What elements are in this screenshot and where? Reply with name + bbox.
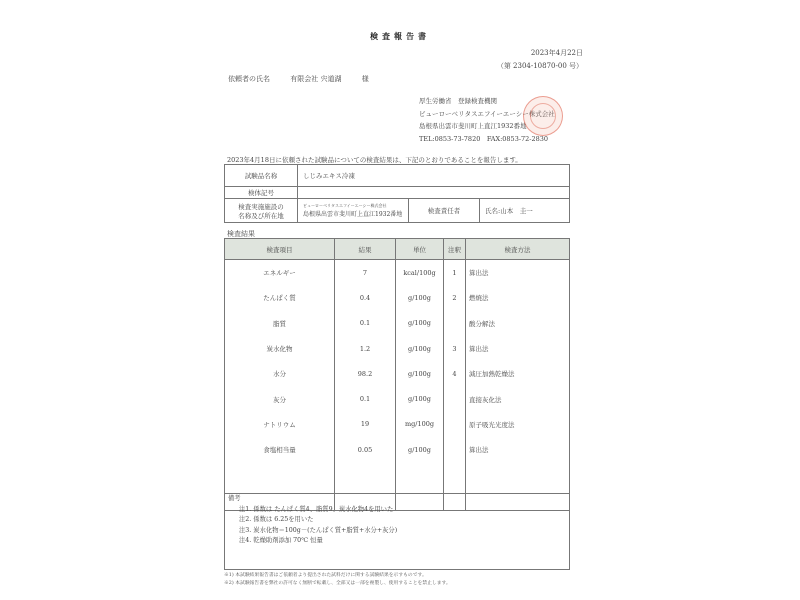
cell-item: 食塩相当量 <box>225 437 335 462</box>
sample-id-value <box>298 187 570 199</box>
col-header-result: 結果 <box>335 239 396 260</box>
cell-value: 7 <box>335 260 396 286</box>
cell-method: 燃焼法 <box>466 285 570 310</box>
footer-note-1: ※1) 本試験結果報告書はご依頼者より提出された試料だけに関する試験結果を示すも… <box>224 572 451 580</box>
facility-label-line1: 検査実施施設の <box>230 202 292 211</box>
cell-item: 炭水化物 <box>225 336 335 361</box>
inspector-name: 氏名:山本 圭一 <box>480 199 570 223</box>
col-header-note: 注釈 <box>444 239 466 260</box>
cell-item: 水分 <box>225 361 335 386</box>
cell-method: 酸分解法 <box>466 311 570 336</box>
sample-name-label: 試験品名称 <box>225 165 298 187</box>
col-header-method: 検査方法 <box>466 239 570 260</box>
cell-value: 19 <box>335 412 396 437</box>
report-title: 検査報告書 <box>0 31 800 42</box>
cell-method: 算出法 <box>466 260 570 286</box>
cell-note <box>444 437 466 462</box>
cell-method: 直接灰化法 <box>466 386 570 411</box>
facility-name: ビューローベリタスエフイーエーシー株式会社 <box>303 203 403 209</box>
empty-cell <box>396 462 444 486</box>
results-table: 検査項目 結果 単位 注釈 検査方法 エネルギー7kcal/100g1算出法たん… <box>224 238 570 511</box>
cell-value: 0.05 <box>335 437 396 462</box>
report-number: （第 2304-10870-00 号） <box>497 61 583 71</box>
facility-address: 島根県出雲市斐川町上直江1932番地 <box>303 211 402 218</box>
table-row: 炭水化物1.2g/100g3算出法 <box>225 336 570 361</box>
remarks-box: 備考 注1. 係数は たんぱく質4、脂質9、炭水化物4を用いた 注2. 係数は … <box>224 493 570 570</box>
cell-unit: mg/100g <box>396 412 444 437</box>
cell-value: 0.1 <box>335 311 396 336</box>
empty-row <box>225 462 570 486</box>
cell-item: 灰分 <box>225 386 335 411</box>
cell-note: 2 <box>444 285 466 310</box>
cell-value: 1.2 <box>335 336 396 361</box>
empty-cell <box>444 462 466 486</box>
cell-unit: g/100g <box>396 361 444 386</box>
cell-note <box>444 311 466 336</box>
cell-method: 減圧加熱乾燥法 <box>466 361 570 386</box>
table-row: 食塩相当量0.05g/100g算出法 <box>225 437 570 462</box>
client-suffix: 様 <box>362 75 369 83</box>
cell-value: 0.1 <box>335 386 396 411</box>
cell-method: 算出法 <box>466 336 570 361</box>
footer-note-2: ※2) 本試験報告書を弊社の許可なく無断で転載し、全部又は一部を複製し、使用する… <box>224 580 451 588</box>
client-line: 依頼者の氏名 有限会社 宍道湖 様 <box>228 74 387 84</box>
footer-notes: ※1) 本試験結果報告書はご依頼者より提出された試料だけに関する試験結果を示すも… <box>224 572 451 588</box>
table-row: エネルギー7kcal/100g1算出法 <box>225 260 570 286</box>
cell-item: エネルギー <box>225 260 335 286</box>
table-row: 脂質0.1g/100g酸分解法 <box>225 311 570 336</box>
table-row: ナトリウム19mg/100g原子吸光光度法 <box>225 412 570 437</box>
sample-name-value: しじみエキス冷凍 <box>298 165 570 187</box>
table-row: 灰分0.1g/100g直接灰化法 <box>225 386 570 411</box>
cell-value: 0.4 <box>335 285 396 310</box>
cell-unit: g/100g <box>396 437 444 462</box>
remark-item: 注3. 炭水化物＝100g－(たんぱく質+脂質+水分+灰分) <box>225 526 569 537</box>
cell-unit: kcal/100g <box>396 260 444 286</box>
cell-note: 4 <box>444 361 466 386</box>
cell-note: 1 <box>444 260 466 286</box>
cell-item: たんぱく質 <box>225 285 335 310</box>
table-row: 水分98.2g/100g4減圧加熱乾燥法 <box>225 361 570 386</box>
col-header-unit: 単位 <box>396 239 444 260</box>
remarks-heading: 備考 <box>225 494 569 505</box>
cell-unit: g/100g <box>396 336 444 361</box>
cell-item: ナトリウム <box>225 412 335 437</box>
remark-item: 注4. 乾燥助剤添加 70℃ 恒量 <box>225 536 569 547</box>
inspector-label: 検査責任者 <box>409 199 480 223</box>
cell-unit: g/100g <box>396 386 444 411</box>
cell-note <box>444 386 466 411</box>
empty-cell <box>225 462 335 486</box>
sample-info-table: 試験品名称 しじみエキス冷凍 検体記号 検査実施施設の 名称及び所在地 ビューロ… <box>224 164 570 223</box>
cell-method: 原子吸光光度法 <box>466 412 570 437</box>
empty-cell <box>335 462 396 486</box>
table-row: たんぱく質0.4g/100g2燃焼法 <box>225 285 570 310</box>
cell-item: 脂質 <box>225 311 335 336</box>
empty-cell <box>466 462 570 486</box>
intro-text: 2023年4月18日に依頼された試験品についての検査結果は、下記のとおりであるこ… <box>227 155 522 164</box>
facility-label-line2: 名称及び所在地 <box>230 211 292 220</box>
cell-note: 3 <box>444 336 466 361</box>
col-header-item: 検査項目 <box>225 239 335 260</box>
facility-label: 検査実施施設の 名称及び所在地 <box>225 199 298 223</box>
client-label: 依頼者の氏名 <box>228 75 270 83</box>
report-date: 2023年4月22日 <box>531 48 583 58</box>
facility-value: ビューローベリタスエフイーエーシー株式会社 島根県出雲市斐川町上直江1932番地 <box>298 199 409 223</box>
cell-value: 98.2 <box>335 361 396 386</box>
remark-item: 注1. 係数は たんぱく質4、脂質9、炭水化物4を用いた <box>225 505 569 516</box>
client-name: 有限会社 宍道湖 <box>290 75 341 83</box>
cell-unit: g/100g <box>396 311 444 336</box>
cell-note <box>444 412 466 437</box>
remark-item: 注2. 係数は 6.25を用いた <box>225 515 569 526</box>
cell-unit: g/100g <box>396 285 444 310</box>
sample-id-label: 検体記号 <box>225 187 298 199</box>
cell-method: 算出法 <box>466 437 570 462</box>
company-seal-icon <box>523 96 563 136</box>
